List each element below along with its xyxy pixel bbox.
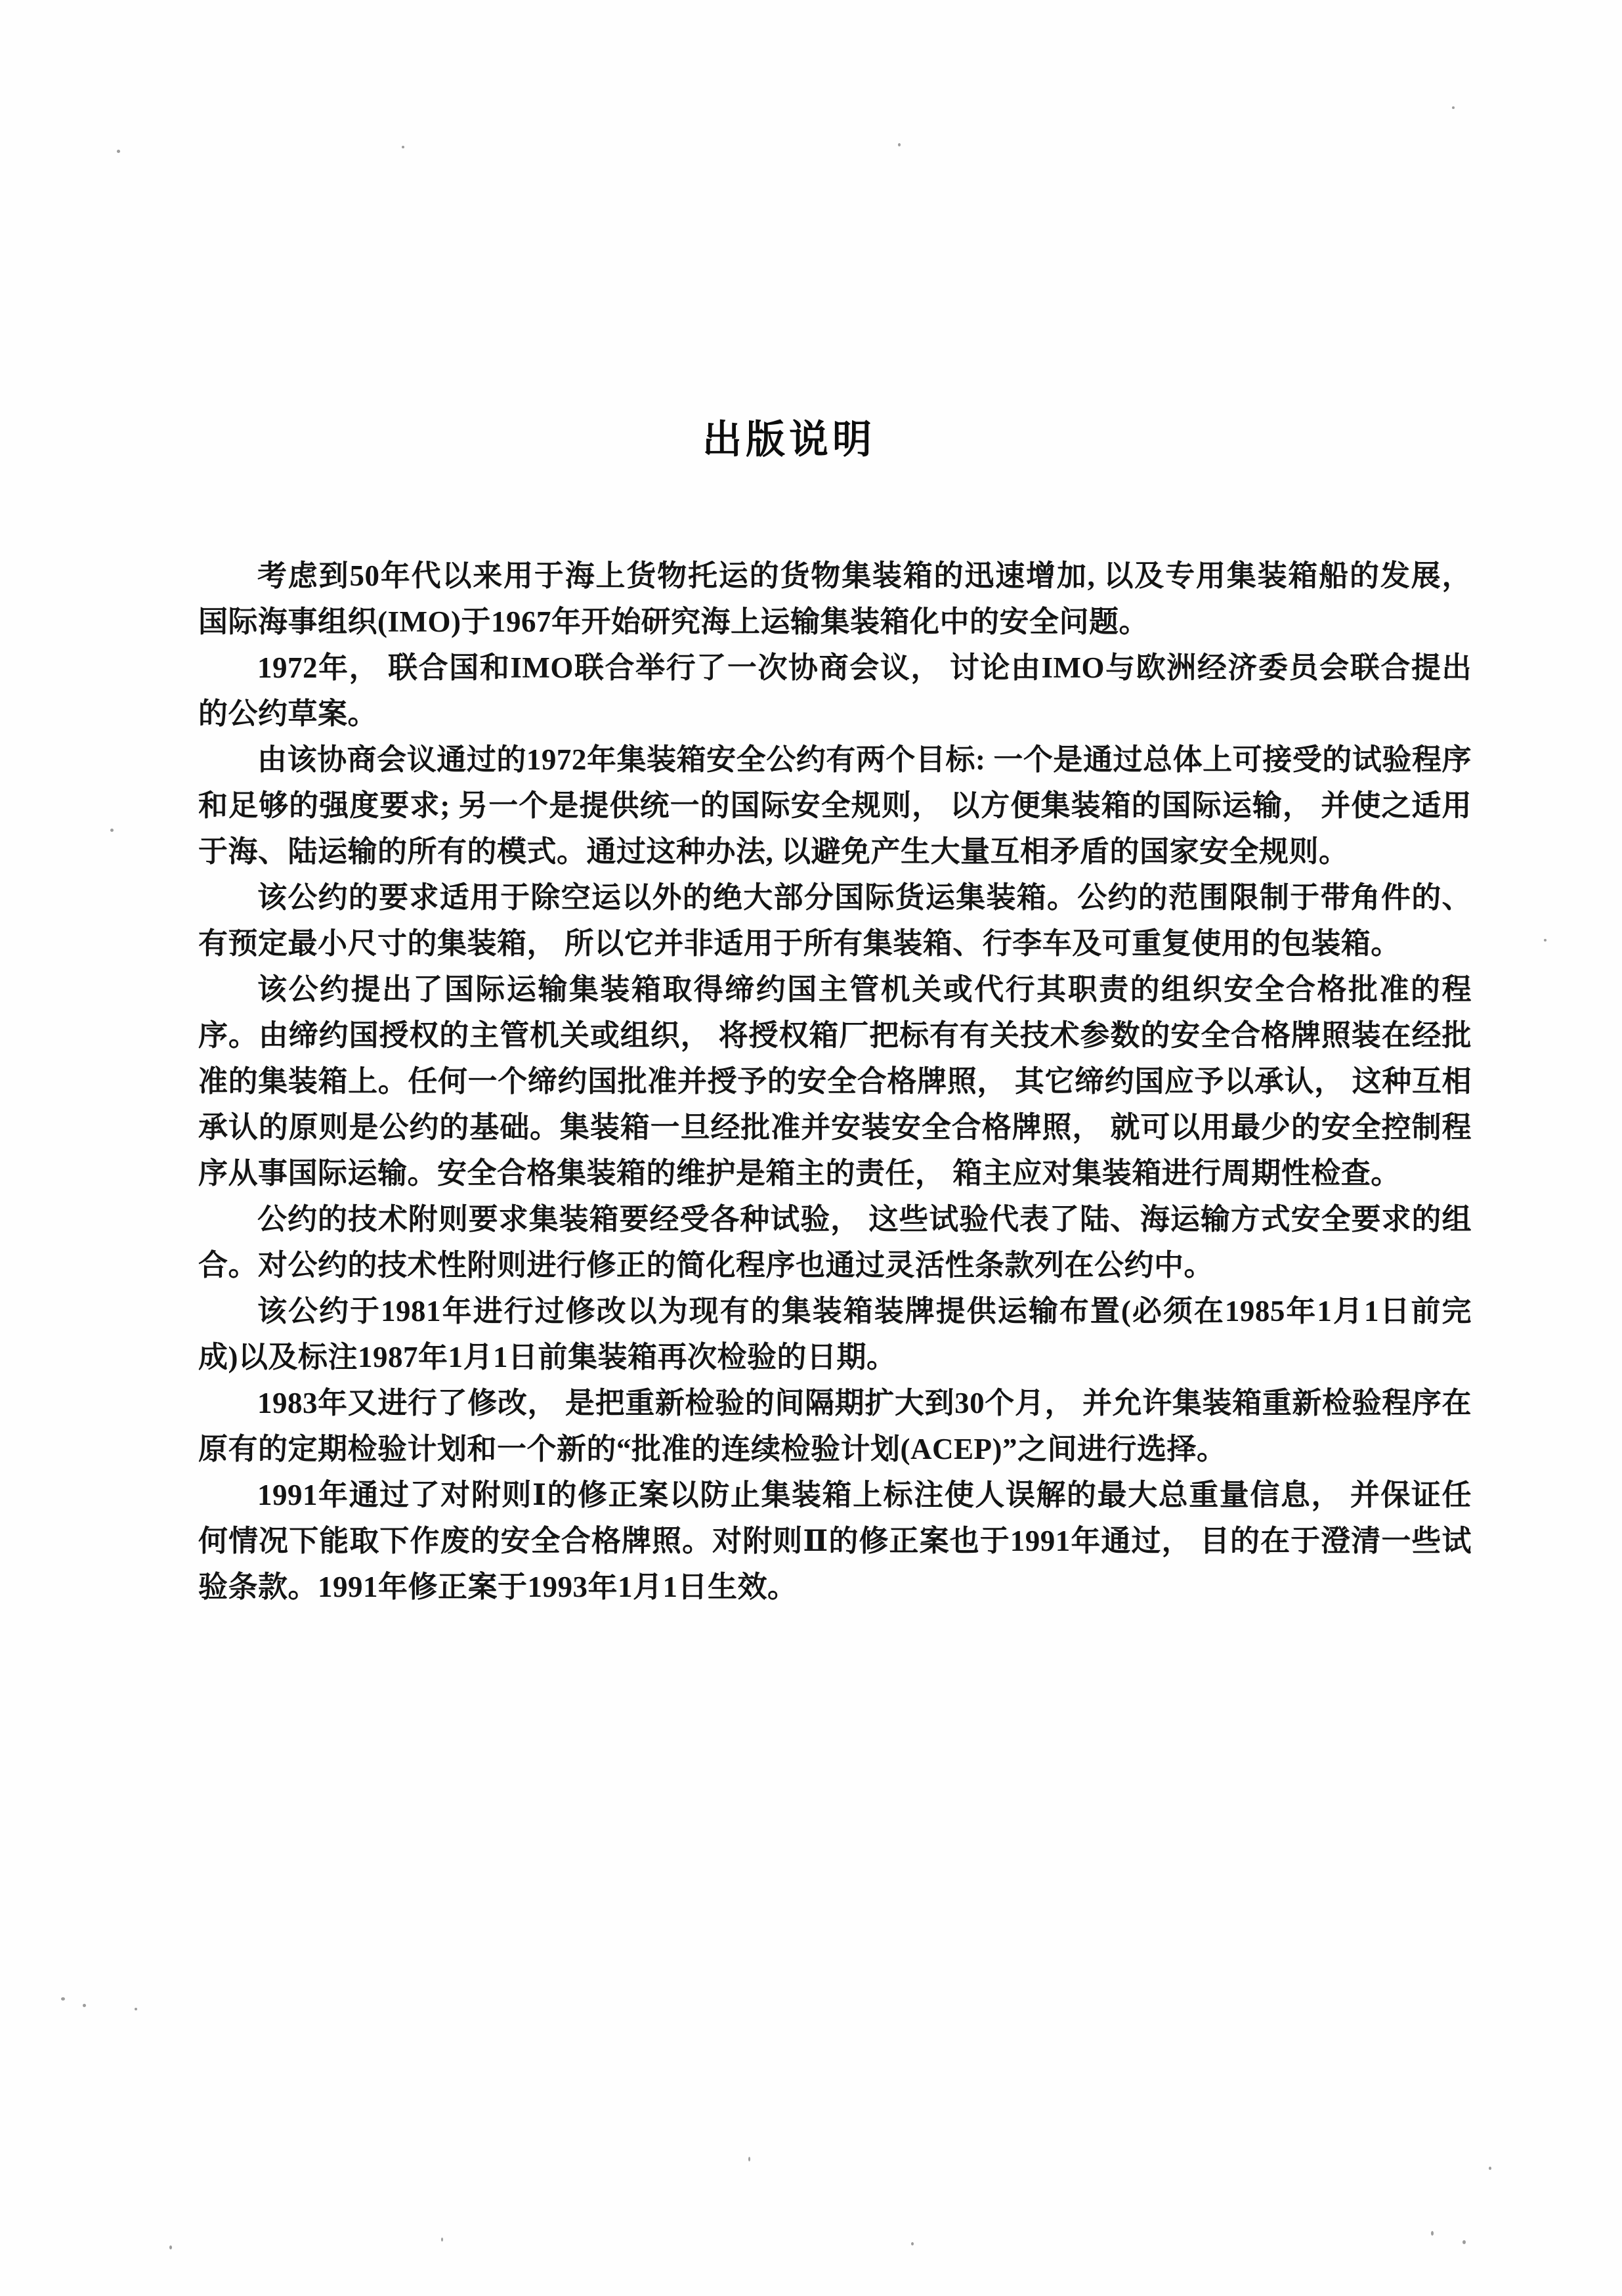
paragraph: 该公约提出了国际运输集装箱取得缔约国主管机关或代行其职责的组织安全合格批准的程序… [198, 966, 1472, 1196]
scan-speck [135, 2008, 137, 2010]
scan-speck [402, 146, 404, 148]
scan-speck [1431, 2231, 1434, 2236]
scan-speck [911, 2242, 914, 2245]
scan-speck [1462, 2240, 1466, 2244]
page-title: 出版说明 [152, 408, 1426, 465]
scan-speck [117, 150, 120, 153]
paragraph: 考虑到50年代以来用于海上货物托运的货物集装箱的迅速增加, 以及专用集装箱船的发… [198, 553, 1472, 645]
document-page: 出版说明 考虑到50年代以来用于海上货物托运的货物集装箱的迅速增加, 以及专用集… [0, 0, 1622, 2296]
paragraph: 由该协商会议通过的1972年集装箱安全公约有两个目标: 一个是通过总体上可接受的… [198, 737, 1472, 875]
scan-speck [110, 829, 114, 832]
paragraph: 1991年通过了对附则Ⅰ的修正案以防止集装箱上标注使人误解的最大总重量信息， 并… [198, 1472, 1472, 1610]
scan-speck [898, 143, 901, 146]
scan-speck [1544, 939, 1547, 942]
document-body: 考虑到50年代以来用于海上货物托运的货物集装箱的迅速增加, 以及专用集装箱船的发… [198, 553, 1472, 1610]
scan-speck [61, 1997, 65, 2001]
scan-speck [1489, 2167, 1491, 2170]
scan-speck [83, 2004, 86, 2007]
paragraph: 该公约的要求适用于除空运以外的绝大部分国际货运集装箱。公约的范围限制于带角件的、… [198, 875, 1472, 966]
paragraph: 公约的技术附则要求集装箱要经受各种试验， 这些试验代表了陆、海运输方式安全要求的… [198, 1196, 1472, 1288]
scan-speck [169, 2245, 172, 2249]
paragraph: 1983年又进行了修改， 是把重新检验的间隔期扩大到30个月， 并允许集装箱重新… [198, 1380, 1472, 1472]
paragraph: 1972年， 联合国和IMO联合举行了一次协商会议， 讨论由IMO与欧洲经济委员… [198, 645, 1472, 737]
scan-speck [441, 2238, 443, 2242]
paragraph: 该公约于1981年进行过修改以为现有的集装箱装牌提供运输布置(必须在1985年1… [198, 1288, 1472, 1380]
scan-speck [1452, 106, 1455, 109]
scan-speck [748, 2157, 750, 2161]
